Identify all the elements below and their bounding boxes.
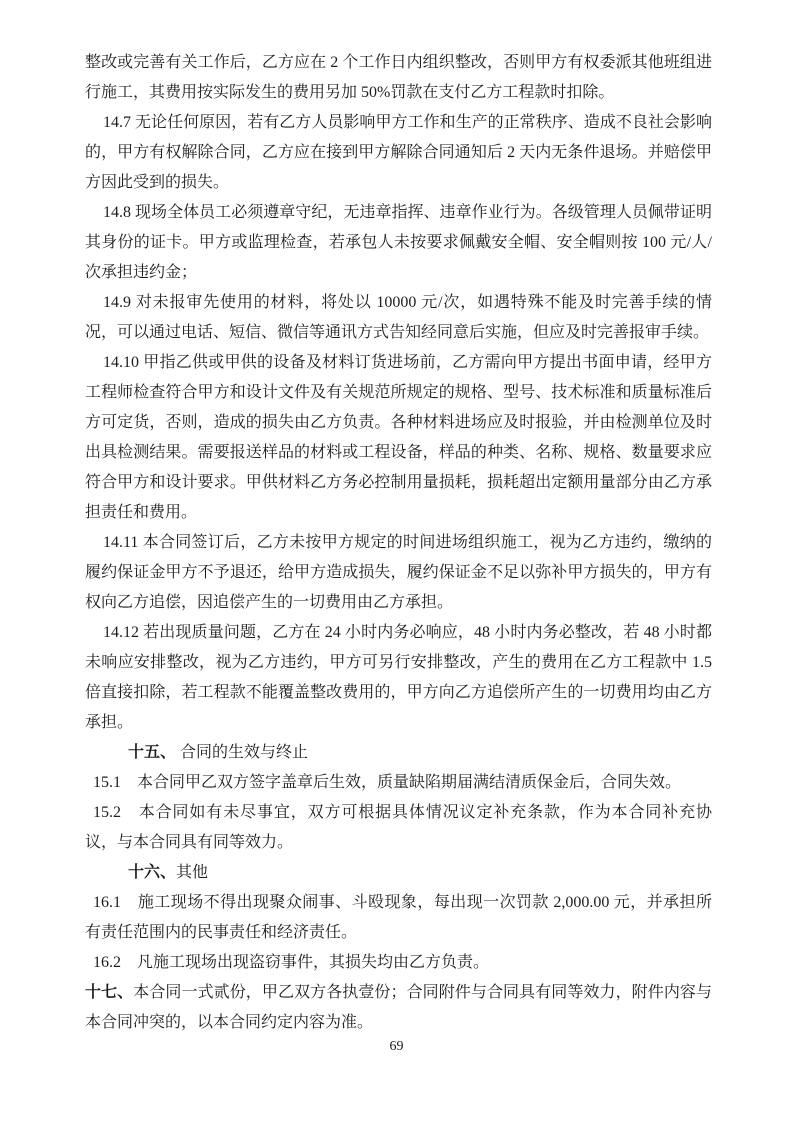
section-17-text: 本合同一式贰份，甲乙双方各执壹份；合同附件与合同具有同等效力，附件内容与本合同冲…	[85, 984, 712, 1031]
clause-15-2: 15.2 本合同如有未尽事宜，双方可根据具体情况议定补充条款，作为本合同补充协议…	[85, 798, 712, 858]
section-16-number: 十六、	[128, 864, 176, 881]
paragraph-continuation: 整改或完善有关工作后，乙方应在 2 个工作日内组织整改，否则甲方有权委派其他班组…	[85, 48, 712, 108]
clause-16-2: 16.2 凡施工现场出现盗窃事件，其损失均由乙方负责。	[85, 948, 712, 978]
document-body: 整改或完善有关工作后，乙方应在 2 个工作日内组织整改，否则甲方有权委派其他班组…	[85, 48, 712, 1038]
section-15-title: 合同的生效与终止	[176, 744, 308, 761]
clause-15-1: 15.1 本合同甲乙双方签字盖章后生效，质量缺陷期届满结清质保金后，合同失效。	[85, 768, 712, 798]
section-heading-16: 十六、其他	[85, 858, 712, 888]
clause-14-10: 14.10 甲指乙供或甲供的设备及材料订货进场前，乙方需向甲方提出书面申请，经甲…	[85, 348, 712, 528]
clause-14-8: 14.8 现场全体员工必须遵章守纪，无违章指挥、违章作业行为。各级管理人员佩带证…	[85, 198, 712, 288]
contract-document-page: 整改或完善有关工作后，乙方应在 2 个工作日内组织整改，否则甲方有权委派其他班组…	[0, 0, 793, 1122]
section-heading-15: 十五、 合同的生效与终止	[85, 738, 712, 768]
section-16-title: 其他	[176, 864, 208, 881]
clause-16-1: 16.1 施工现场不得出现聚众闹事、斗殴现象，每出现一次罚款 2,000.00 …	[85, 888, 712, 948]
clause-14-12: 14.12 若出现质量问题，乙方在 24 小时内务必响应，48 小时内务必整改，…	[85, 618, 712, 738]
section-15-number: 十五、	[128, 744, 176, 761]
clause-14-7: 14.7 无论任何原因，若有乙方人员影响甲方工作和生产的正常秩序、造成不良社会影…	[85, 108, 712, 198]
clause-14-11: 14.11 本合同签订后，乙方未按甲方规定的时间进场组织施工，视为乙方违约，缴纳…	[85, 528, 712, 618]
clause-14-9: 14.9 对未报审先使用的材料，将处以 10000 元/次，如遇特殊不能及时完善…	[85, 288, 712, 348]
page-number: 69	[0, 1036, 793, 1058]
clause-17: 十七、本合同一式贰份，甲乙双方各执壹份；合同附件与合同具有同等效力，附件内容与本…	[85, 978, 712, 1038]
section-17-number: 十七、	[85, 984, 133, 1001]
